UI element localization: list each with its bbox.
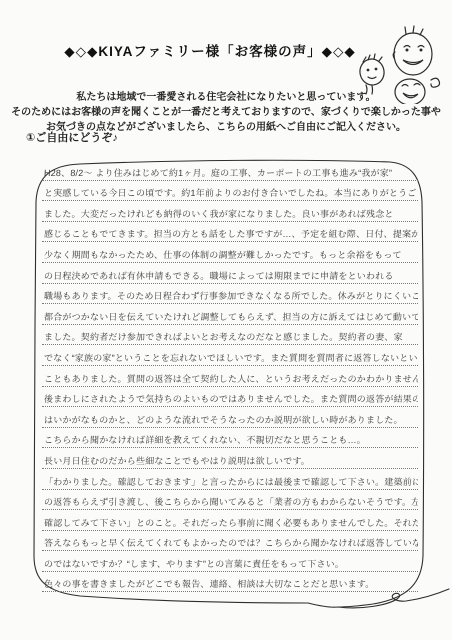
handwritten-line-text: はいかがなものかと、どのような流れでそうなったのか説明が欲しい時がありました。 [44, 413, 403, 426]
handwritten-line-text: の日程決めであれば有休申請もできる。職場によっては期限までに申請をといわれる [44, 269, 394, 282]
handwritten-line-text: 「わかりました。確認しておきます」と言ったからには最後まで確認して下さい。建築前… [44, 475, 418, 488]
handwritten-line: 色々の事を書きましたがどこでも報告、連絡、相談は大切なことだと思います。 [42, 572, 418, 593]
handwritten-line-text: ました。大変だったけれども納得のいく我が家になりました。良い事があれば残念と [44, 207, 394, 220]
handwritten-line: と実感している今日この頃です。約1年前よりのお付き合いでしたね。本当にありがとう… [42, 181, 418, 202]
handwritten-line: のではないですか？“します、やります”との言葉に責任をもって下さい。 [42, 551, 418, 572]
handwritten-line: 長い月日住むのだから些細なことでもやはり説明は欲しいです。 [42, 448, 418, 469]
handwritten-line-text: 感じることもでてきます。担当の方とも話をした事ですが…、予定を組む際、日付、提案… [44, 227, 418, 240]
handwritten-line: 後まわしにされたようで気持ちのよいものではありませんでした。また質問の返答が結果… [42, 387, 418, 408]
handwritten-line-text: 色々の事を書きましたがどこでも報告、連絡、相談は大切なことだと思います。 [44, 577, 375, 590]
handwritten-line: 都合がつかない日を伝えていたけれど調整してもらえず、担当の方に訴えてはじめて動い… [42, 304, 418, 325]
handwritten-line: ました。大変だったけれども納得のいく我が家になりました。良い事があれば残念と [42, 201, 418, 222]
handwritten-line-text: 都合がつかない日を伝えていたけれど調整してもらえず、担当の方に訴えてはじめて動い… [44, 310, 418, 323]
handwritten-line: ました。契約者だけ参加できればよいとお考えなのだなと感じました。契約者の妻、家 [42, 325, 418, 346]
handwritten-line-text: と実感している今日この頃です。約1年前よりのお付き合いでしたね。本当にありがとう… [44, 186, 418, 199]
handwritten-line: はいかがなものかと、どのような流れでそうなったのか説明が欲しい時がありました。 [42, 407, 418, 428]
handwritten-line-text: 答えならもっと早く伝えてくれてもよかったのでは？こちらから聞かなければ返答してい… [44, 536, 418, 549]
handwritten-line: 少なく期間もなかったため、仕事の体制の調整が難しかったです。もっと余裕をもって [42, 242, 418, 263]
scanned-feedback-form: ◆◇◆KIYAファミリー様「お客様の声」◆◇◆ 私たちは地域で一番愛される住宅会… [0, 0, 452, 640]
handwritten-line-text: H28、8/2〜 より住みはじめて約1ヶ月。庭の工事、カーポートの工事も進み“我… [44, 166, 393, 179]
handwritten-line-text: ました。契約者だけ参加できればよいとお考えなのだなと感じました。契約者の妻、家 [44, 330, 403, 343]
handwritten-line: こちらから聞かなければ詳細を教えてくれない、不親切だなと思うことも…。 [42, 428, 418, 449]
response-lines: H28、8/2〜 より住みはじめて約1ヶ月。庭の工事、カーポートの工事も進み“我… [42, 160, 418, 600]
handwritten-line-text: でなく“家族の家”ということを忘れないでほしいです。また質問を質問者に返答しない… [44, 351, 418, 364]
handwritten-line-text: のではないですか？“します、やります”との言葉に責任をもって下さい。 [44, 557, 345, 570]
handwritten-line-text: 長い月日住むのだから些細なことでもやはり説明は欲しいです。 [44, 454, 311, 467]
handwritten-line: こともありました。質問の返答は全て契約した人に、というお考えだったのかわかりませ… [42, 366, 418, 387]
handwritten-line: の日程決めであれば有休申請もできる。職場によっては期限までに申請をといわれる [42, 263, 418, 284]
handwritten-line-text: の返答もらえず引き渡し、後こちらから聞いてみると「業者の方もわからないそうです。… [44, 495, 418, 508]
handwritten-line: でなく“家族の家”ということを忘れないでほしいです。また質問を質問者に返答しない… [42, 345, 418, 366]
handwritten-line: の返答もらえず引き渡し、後こちらから聞いてみると「業者の方もわからないそうです。… [42, 490, 418, 511]
handwritten-line: H28、8/2〜 より住みはじめて約1ヶ月。庭の工事、カーポートの工事も進み“我… [42, 160, 418, 181]
handwritten-line-text: 確認してみて下さい」とのこと。それだったら事前に聞く必要もありませんでした。それ… [44, 516, 418, 529]
handwritten-line-text: こちらから聞かなければ詳細を教えてくれない、不親切だなと思うことも…。 [44, 433, 366, 446]
handwritten-line: 職場もあります。そのため日程合わず行事参加できなくなる所でした。休みがとりにくい… [42, 284, 418, 305]
handwritten-line: 答えならもっと早く伝えてくれてもよかったのでは？こちらから聞かなければ返答してい… [42, 531, 418, 552]
handwritten-line: 確認してみて下さい」とのこと。それだったら事前に聞く必要もありませんでした。それ… [42, 510, 418, 531]
handwritten-line-text: 少なく期間もなかったため、仕事の体制の調整が難しかったです。もっと余裕をもって [44, 248, 402, 261]
handwritten-line: 「わかりました。確認しておきます」と言ったからには最後まで確認して下さい。建築前… [42, 469, 418, 490]
handwritten-line-text: 職場もあります。そのため日程合わず行事参加できなくなる所でした。休みがとりにくい… [44, 289, 418, 302]
handwritten-line-text: 後まわしにされたようで気持ちのよいものではありませんでした。また質問の返答が結果… [44, 392, 418, 405]
handwritten-line: 感じることもでてきます。担当の方とも話をした事ですが…、予定を組む際、日付、提案… [42, 222, 418, 243]
handwritten-line-text: こともありました。質問の返答は全て契約した人に、というお考えだったのかわかりませ… [44, 372, 418, 385]
